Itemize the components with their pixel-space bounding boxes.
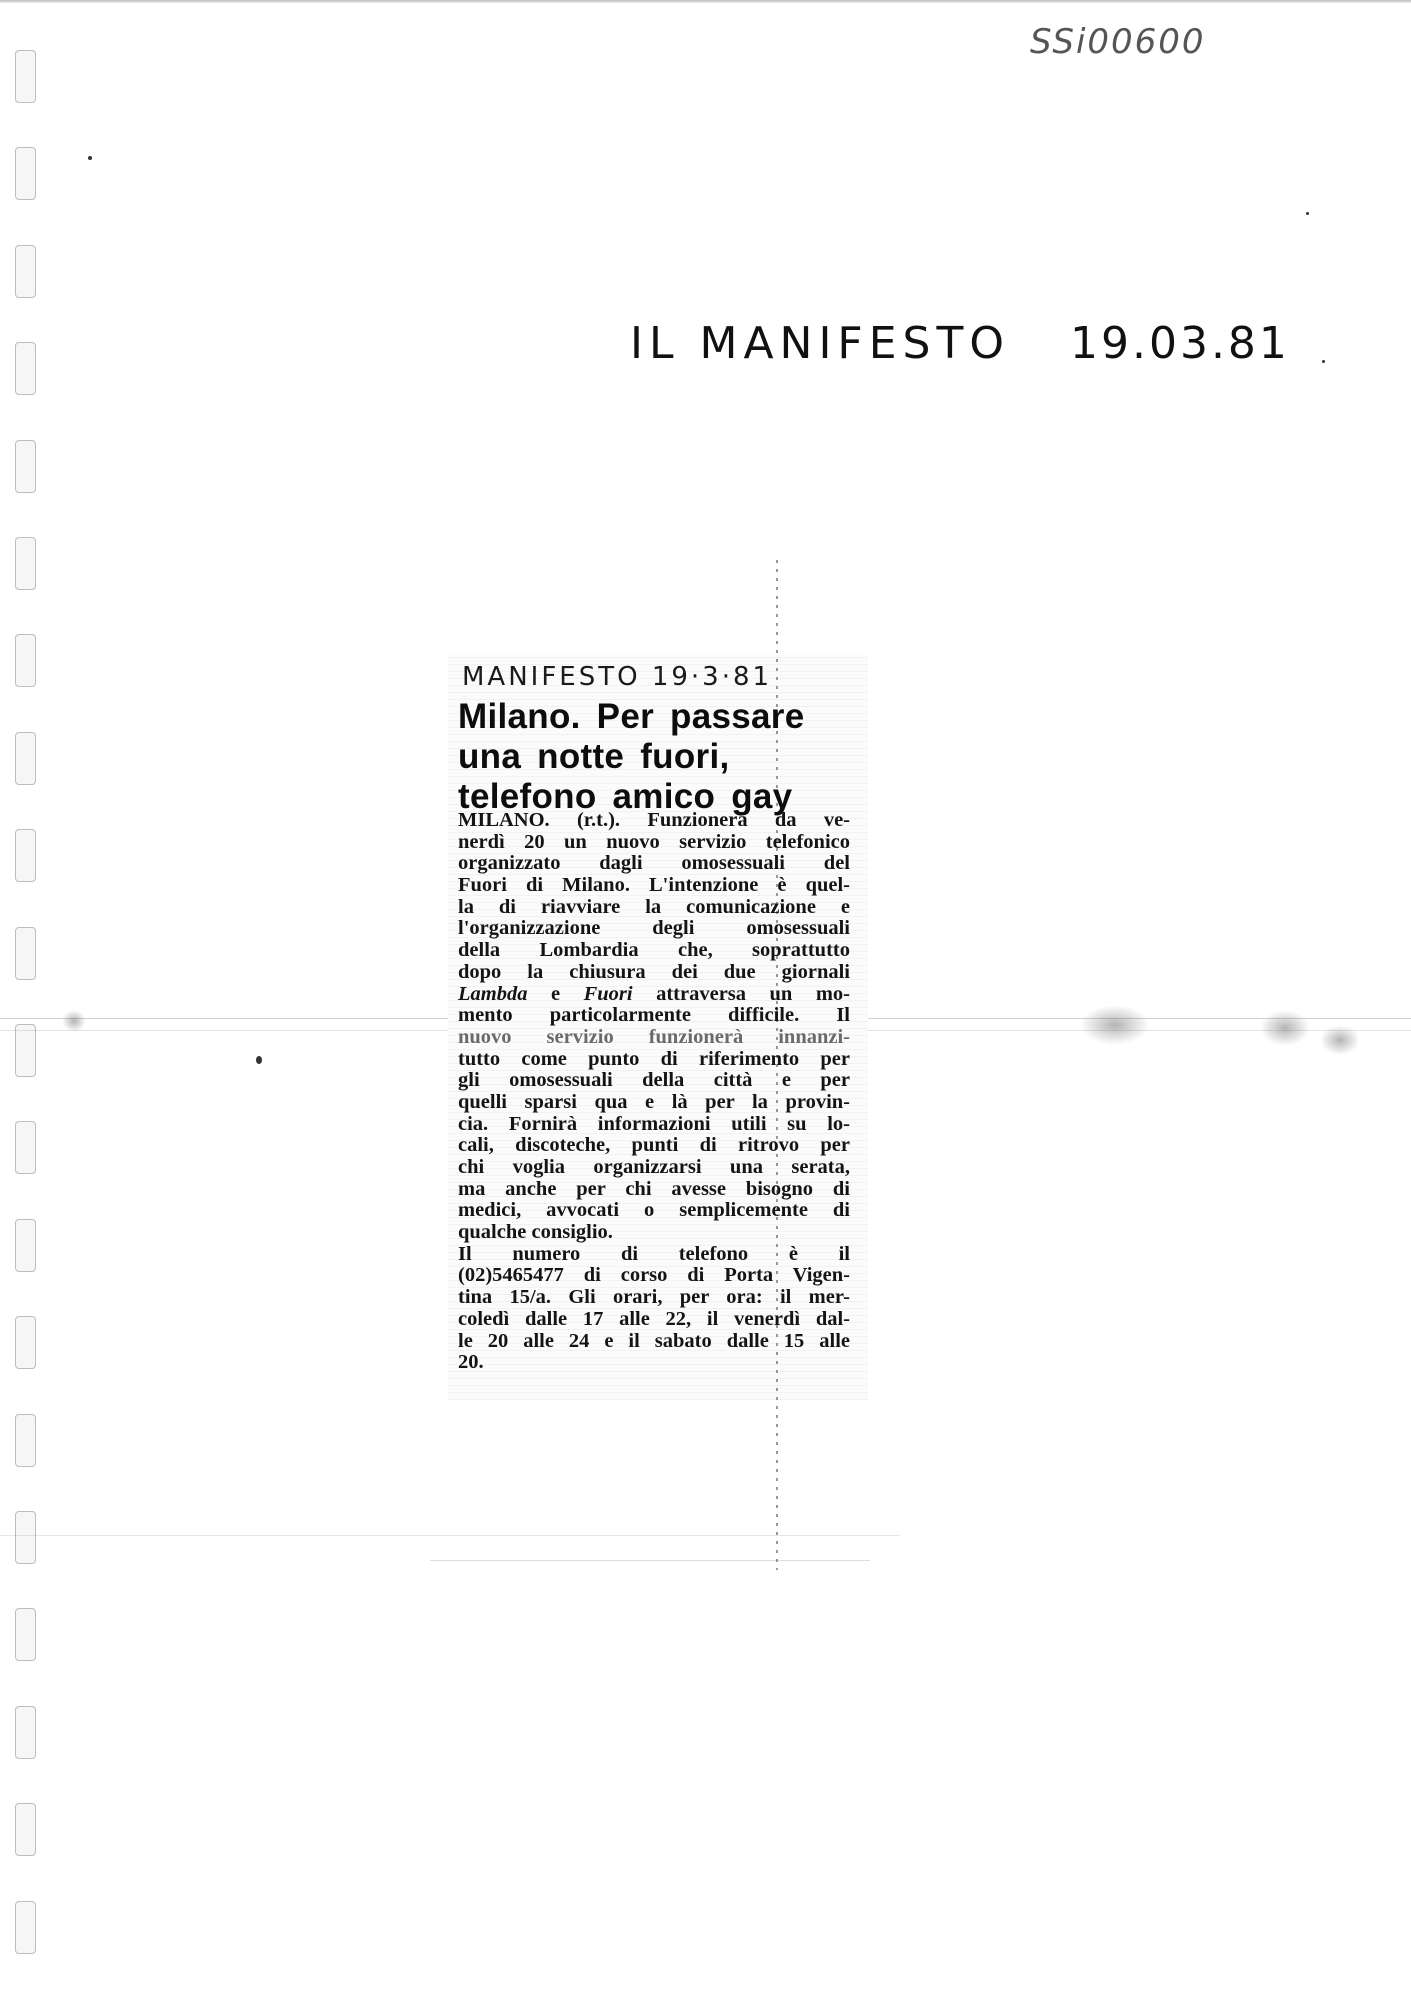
- scan-speck: [256, 1056, 262, 1064]
- binder-hole-icon: [15, 634, 36, 687]
- article-line: 20.: [458, 1352, 850, 1374]
- article-line: MILANO. (r.t.). Funzionerà da ve-: [458, 810, 850, 832]
- binder-hole-icon: [15, 1511, 36, 1564]
- article-line: la di riavviare la comunicazione e: [458, 897, 850, 919]
- article-line: tutto come punto di riferimento per: [458, 1049, 850, 1071]
- article-body: MILANO. (r.t.). Funzionerà da ve-nerdì 2…: [458, 810, 850, 1374]
- scan-smudge: [1080, 1005, 1150, 1045]
- scan-streak: [0, 1535, 900, 1536]
- article-line: l'organizzazione degli omosessuali: [458, 918, 850, 940]
- binder-hole-icon: [15, 1024, 36, 1077]
- article-line: chi voglia organizzarsi una serata,: [458, 1157, 850, 1179]
- article-line: della Lombardia che, soprattutto: [458, 940, 850, 962]
- binder-hole-icon: [15, 1316, 36, 1369]
- archive-code: SSi00600: [1030, 22, 1206, 62]
- article-line: nerdì 20 un nuovo servizio telefonico: [458, 832, 850, 854]
- publication-date: 19.03.81: [1070, 318, 1290, 369]
- article-line: gli omosessuali della città e per: [458, 1070, 850, 1092]
- article-headline: Milano. Per passare una notte fuori, tel…: [458, 697, 858, 817]
- clipping-handwritten-note: MANIFESTO 19·3·81: [462, 662, 772, 692]
- scan-streak: [430, 1560, 870, 1561]
- binder-hole-icon: [15, 50, 36, 103]
- article-line: quelli sparsi qua e là per la provin-: [458, 1092, 850, 1114]
- binder-hole-icon: [15, 440, 36, 493]
- article-line: cali, discoteche, punti di ritrovo per: [458, 1135, 850, 1157]
- scan-smudge: [1260, 1010, 1310, 1046]
- binder-hole-icon: [15, 537, 36, 590]
- binder-hole-icon: [15, 1706, 36, 1759]
- article-line: nuovo servizio funzionerà innanzi-: [458, 1027, 850, 1049]
- scan-speck: [1306, 212, 1309, 215]
- scan-speck: [1322, 360, 1325, 363]
- binder-hole-icon: [15, 245, 36, 298]
- binder-hole-icon: [15, 1803, 36, 1856]
- article-line: dopo la chiusura dei due giornali: [458, 962, 850, 984]
- article-line: qualche consiglio.: [458, 1222, 850, 1244]
- article-line: Il numero di telefono è il: [458, 1244, 850, 1266]
- article-line: (02)5465477 di corso di Porta Vigen-: [458, 1265, 850, 1287]
- scan-speck: [88, 156, 92, 160]
- article-line: medici, avvocati o semplicemente di: [458, 1200, 850, 1222]
- article-line: ma anche per chi avesse bisogno di: [458, 1179, 850, 1201]
- article-line: le 20 alle 24 e il sabato dalle 15 alle: [458, 1331, 850, 1353]
- source-annotation: IL MANIFESTO19.03.81: [630, 318, 1290, 369]
- binder-hole-icon: [15, 1219, 36, 1272]
- binder-hole-icon: [15, 732, 36, 785]
- binder-hole-icon: [15, 927, 36, 980]
- binder-hole-icon: [15, 147, 36, 200]
- binder-hole-icon: [15, 829, 36, 882]
- scan-smudge: [62, 1010, 86, 1032]
- scan-smudge: [1320, 1025, 1360, 1055]
- binder-hole-icon: [15, 342, 36, 395]
- binder-hole-icon: [15, 1121, 36, 1174]
- article-line: coledì dalle 17 alle 22, il venerdì dal-: [458, 1309, 850, 1331]
- article-line: Fuori di Milano. L'intenzione è quel-: [458, 875, 850, 897]
- article-line: Lambda e Fuori attraversa un mo-: [458, 984, 850, 1006]
- publication-name: IL MANIFESTO: [630, 318, 1010, 369]
- article-line: organizzato dagli omosessuali del: [458, 853, 850, 875]
- binder-hole-icon: [15, 1608, 36, 1661]
- article-line: cia. Fornirà informazioni utili su lo-: [458, 1114, 850, 1136]
- article-line: mento particolarmente difficile. Il: [458, 1005, 850, 1027]
- headline-line: una notte fuori,: [458, 737, 858, 777]
- headline-line: Milano. Per passare: [458, 697, 858, 737]
- binder-hole-icon: [15, 1901, 36, 1954]
- page-top-edge: [0, 0, 1411, 3]
- article-line: tina 15/a. Gli orari, per ora: il mer-: [458, 1287, 850, 1309]
- binder-hole-icon: [15, 1414, 36, 1467]
